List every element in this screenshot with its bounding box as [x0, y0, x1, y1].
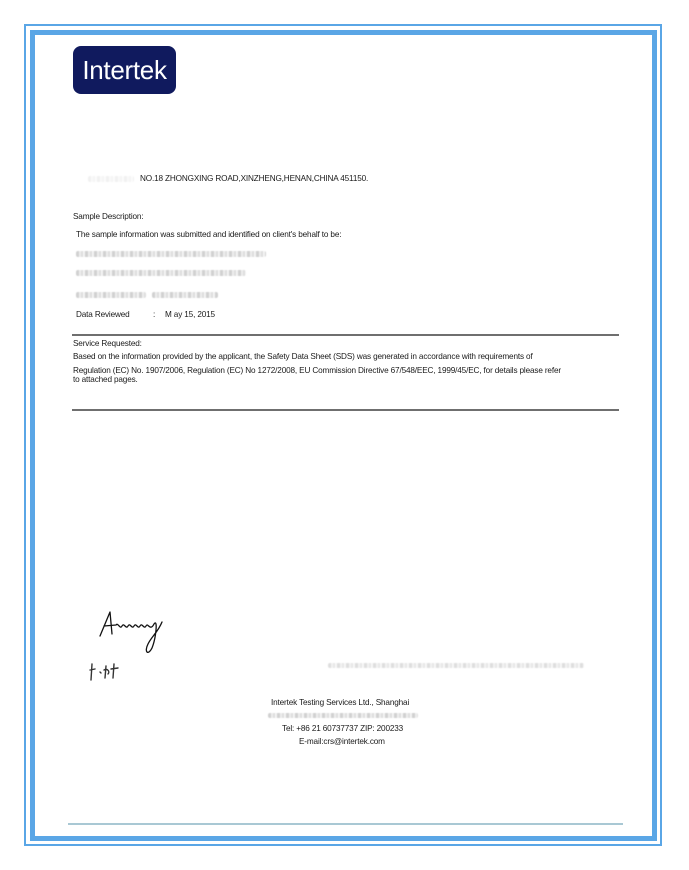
- redacted-sample-row-2: [76, 270, 246, 276]
- redacted-sample-value-3: [152, 292, 218, 298]
- service-requested-line-3: to attached pages.: [73, 375, 138, 384]
- date-reviewed-separator: :: [153, 310, 155, 319]
- footer-tel-zip: Tel: +86 21 60737737 ZIP: 200233: [282, 724, 403, 733]
- section-divider-top: [72, 334, 619, 336]
- inner-border-frame: [30, 30, 657, 841]
- intertek-logo: Intertek: [73, 46, 176, 94]
- redacted-footer-address: [268, 713, 418, 718]
- signature-2: [88, 660, 128, 684]
- service-requested-line-2: Regulation (EC) No. 1907/2006, Regulatio…: [73, 366, 561, 375]
- client-address: NO.18 ZHONGXING ROAD,XINZHENG,HENAN,CHIN…: [140, 174, 368, 183]
- service-requested-line-1: Based on the information provided by the…: [73, 352, 533, 361]
- service-requested-heading: Service Requested:: [73, 339, 142, 348]
- signature-1: [96, 608, 168, 656]
- footer-company: Intertek Testing Services Ltd., Shanghai: [271, 698, 409, 707]
- redacted-client-name: [88, 176, 134, 182]
- footer-email: E-mail:crs@intertek.com: [299, 737, 385, 746]
- redacted-sample-row-1: [76, 251, 266, 257]
- date-reviewed-label: Data Reviewed: [76, 310, 130, 319]
- sample-description-heading: Sample Description:: [73, 212, 143, 221]
- logo-text: Intertek: [82, 55, 166, 86]
- section-divider-bottom: [72, 409, 619, 411]
- date-reviewed-value: M ay 15, 2015: [165, 310, 215, 319]
- redacted-signatory-details: [328, 663, 584, 668]
- redacted-sample-label-3: [76, 292, 146, 298]
- sample-description-intro: The sample information was submitted and…: [76, 230, 341, 239]
- footer-divider: [68, 823, 623, 825]
